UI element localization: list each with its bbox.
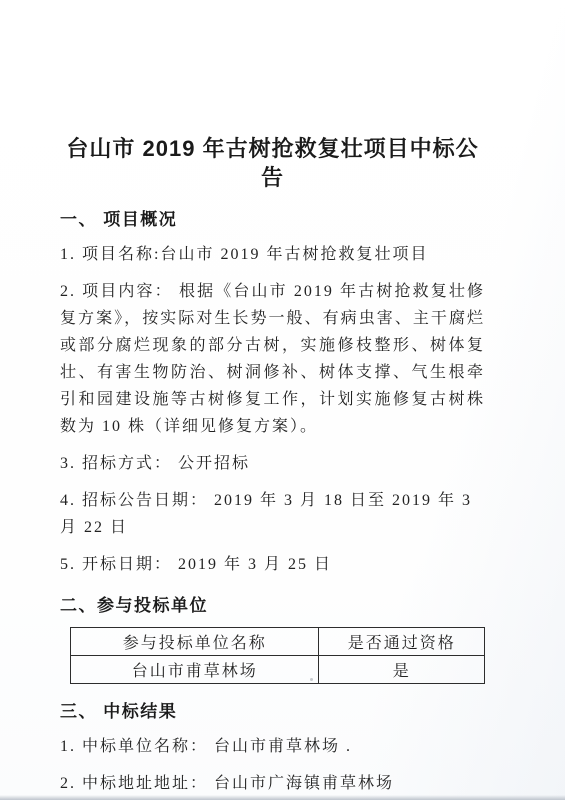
table-row: 台山市甫草林场 是	[71, 656, 485, 684]
tender-method-line: 3. 招标方式： 公开招标	[60, 450, 485, 477]
project-name-line: 1. 项目名称:台山市 2019 年古树抢救复壮项目	[60, 241, 485, 268]
bid-opening-date-line: 5. 开标日期： 2019 年 3 月 25 日	[60, 551, 485, 578]
section-heading-bidders: 二、参与投标单位	[60, 594, 485, 617]
section-heading-award-result: 三、 中标结果	[60, 700, 485, 723]
scanned-document-page: 台山市 2019 年古树抢救复壮项目中标公告 一、 项目概况 1. 项目名称:台…	[0, 0, 565, 800]
award-winner-address-line: 2. 中标地址地址： 台山市广海镇甫草林场	[60, 770, 485, 797]
qualification-cell: 是	[319, 656, 485, 684]
award-winner-name-line: 1. 中标单位名称： 台山市甫草林场 .	[60, 733, 485, 760]
table-header-qualification: 是否通过资格	[319, 628, 485, 656]
document-content: 台山市 2019 年古树抢救复壮项目中标公告 一、 项目概况 1. 项目名称:台…	[0, 0, 565, 797]
page-title: 台山市 2019 年古树抢救复壮项目中标公告	[60, 134, 485, 192]
tender-announcement-dates-line: 4. 招标公告日期： 2019 年 3 月 18 日至 2019 年 3 月 2…	[60, 487, 485, 541]
table-header-row: 参与投标单位名称 是否通过资格	[71, 628, 485, 656]
section-heading-project-overview: 一、 项目概况	[60, 208, 485, 231]
bidder-name-cell: 台山市甫草林场	[71, 656, 319, 684]
scan-artifact-dot	[310, 678, 313, 681]
page-bottom-edge	[0, 795, 565, 800]
project-content-paragraph: 2. 项目内容： 根据《台山市 2019 年古树抢救复壮修复方案》，按实际对生长…	[60, 278, 485, 440]
table-header-bidder-name: 参与投标单位名称	[71, 628, 319, 656]
bidders-table: 参与投标单位名称 是否通过资格 台山市甫草林场 是	[70, 627, 485, 684]
